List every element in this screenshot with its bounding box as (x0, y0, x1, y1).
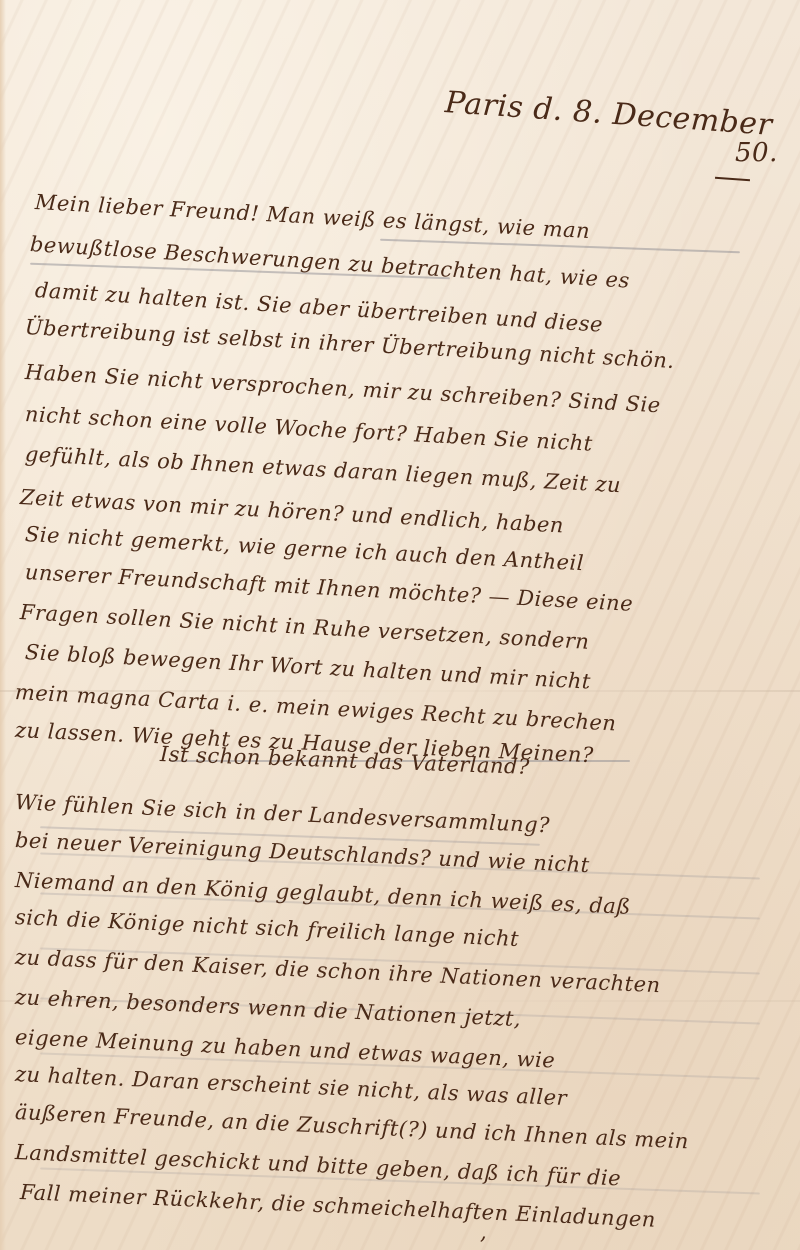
year: 50. (735, 138, 778, 168)
letter-line: Mein lieber Freund! Man weiß es längst, … (34, 190, 590, 243)
paper-edge (0, 0, 6, 1250)
header-dash (715, 177, 750, 181)
letter-line: zu ehren, besonders wenn die Nationen je… (14, 985, 521, 1031)
letter-page: Paris d. 8. December 50. Mein lieber Fre… (0, 0, 800, 1250)
letter-line: sich die Könige nicht sich freilich lang… (14, 905, 519, 951)
letter-line: , (480, 1220, 487, 1244)
letter-line: Wie fühlen Sie sich in der Landesversamm… (14, 790, 550, 837)
place-date: Paris d. 8. December (444, 85, 774, 143)
